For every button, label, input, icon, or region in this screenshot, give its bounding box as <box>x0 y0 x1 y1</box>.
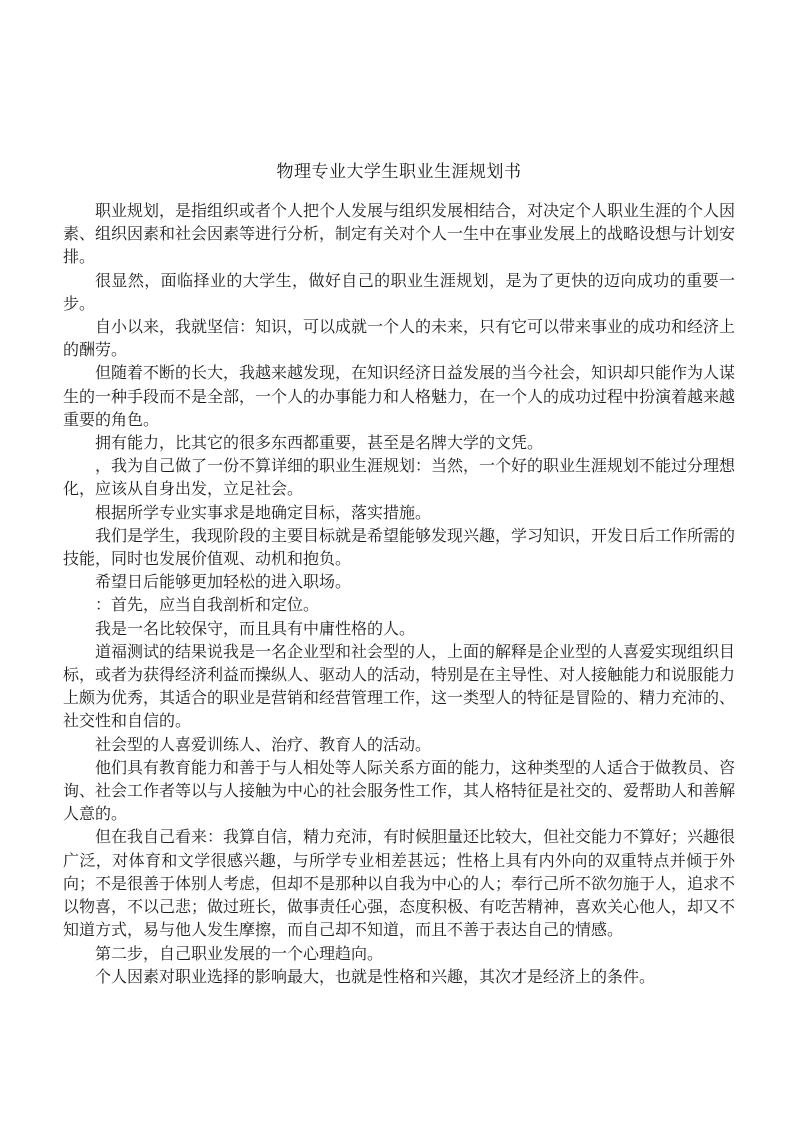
paragraph-10: ：首先，应当自我剖析和定位。 <box>63 593 735 616</box>
document-page: 物理专业大学生职业生涯规划书 职业规划，是指组织或者个人把个人发展与组织发展相结… <box>0 0 793 1122</box>
paragraph-8: 我们是学生，我现阶段的主要目标就是希望能够发现兴趣，学习知识，开发日后工作所需的… <box>63 524 735 570</box>
paragraph-7: 根据所学专业实事求是地确定目标，落实措施。 <box>63 501 735 524</box>
paragraph-9: 希望日后能够更加轻松的进入职场。 <box>63 570 735 593</box>
document-body: 职业规划，是指组织或者个人把个人发展与组织发展相结合，对决定个人职业生涯的个人因… <box>63 199 735 988</box>
paragraph-16: 第二步，自己职业发展的一个心理趋向。 <box>63 942 735 965</box>
paragraph-12: 道福测试的结果说我是一名企业型和社会型的人，上面的解释是企业型的人喜爱实现组织目… <box>63 640 735 733</box>
paragraph-4: 但随着不断的长大，我越来越发现，在知识经济日益发展的当今社会，知识却只能作为人谋… <box>63 361 735 431</box>
paragraph-13: 社会型的人喜爱训练人、治疗、教育人的活动。 <box>63 733 735 756</box>
paragraph-5: 拥有能力，比其它的很多东西都重要，甚至是名牌大学的文凭。 <box>63 431 735 454</box>
paragraph-14: 他们具有教育能力和善于与人相处等人际关系方面的能力，这种类型的人适合于做教员、咨… <box>63 756 735 826</box>
paragraph-17: 个人因素对职业选择的影响最大，也就是性格和兴趣，其次才是经济上的条件。 <box>63 965 735 988</box>
paragraph-11: 我是一名比较保守，而且具有中庸性格的人。 <box>63 617 735 640</box>
paragraph-1: 职业规划，是指组织或者个人把个人发展与组织发展相结合，对决定个人职业生涯的个人因… <box>63 199 735 269</box>
paragraph-6: ，我为自己做了一份不算详细的职业生涯规划：当然，一个好的职业生涯规划不能过分理想… <box>63 454 735 500</box>
paragraph-2: 很显然，面临择业的大学生，做好自己的职业生涯规划，是为了更快的迈向成功的重要一步… <box>63 269 735 315</box>
paragraph-3: 自小以来，我就坚信：知识，可以成就一个人的未来，只有它可以带来事业的成功和经济上… <box>63 315 735 361</box>
paragraph-15: 但在我自己看来：我算自信，精力充沛，有时候胆量还比较大，但社交能力不算好；兴趣很… <box>63 825 735 941</box>
document-title: 物理专业大学生职业生涯规划书 <box>63 161 735 183</box>
